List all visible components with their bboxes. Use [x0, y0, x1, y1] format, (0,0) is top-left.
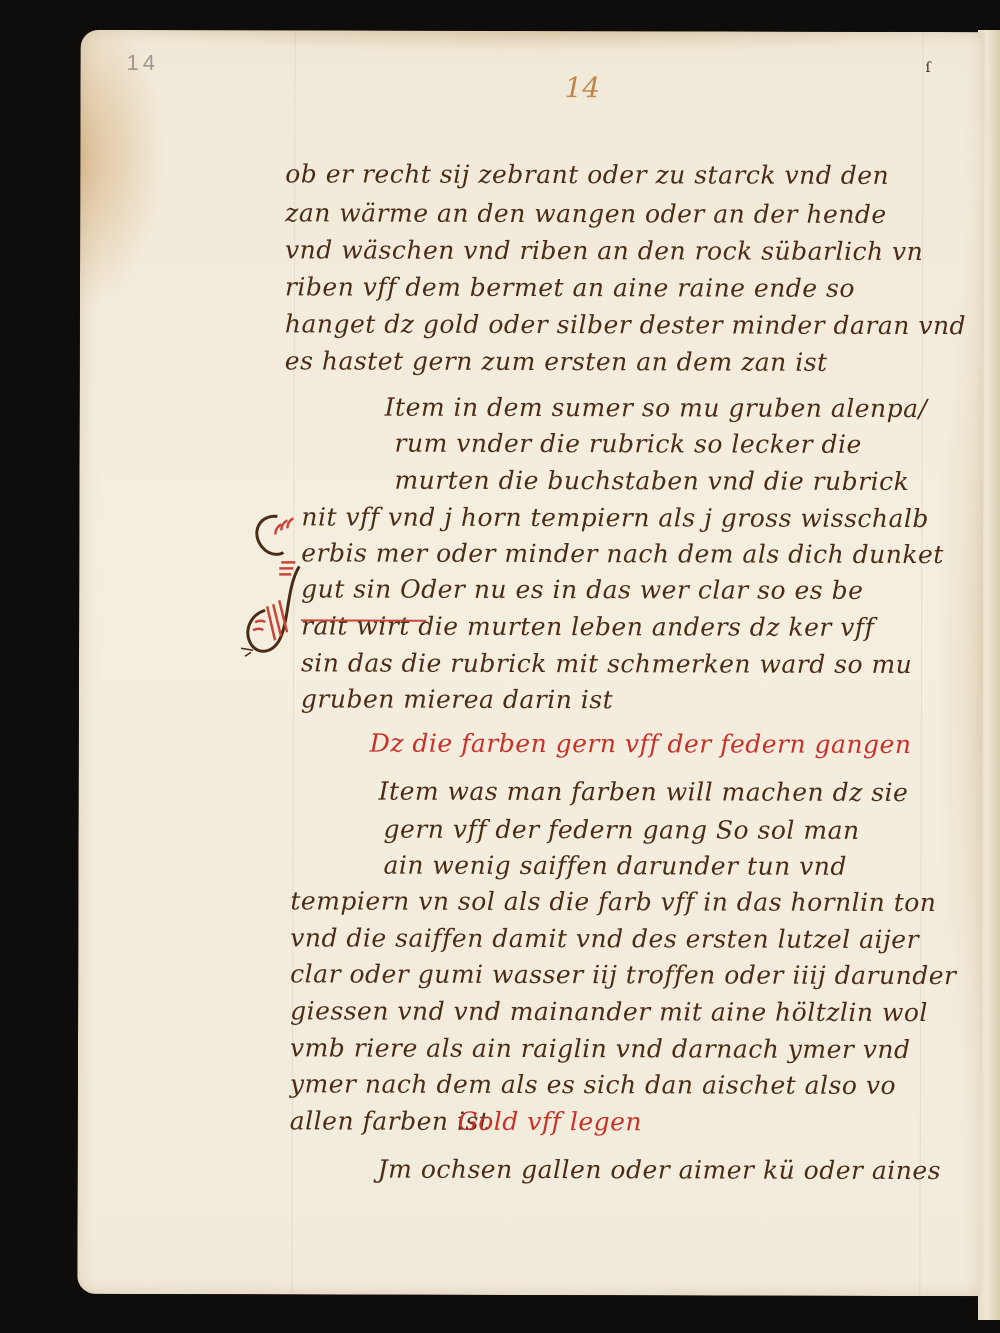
decorated-initial-icon — [237, 506, 309, 666]
text-line: rait wirt die murten leben anders dz ker… — [301, 613, 874, 640]
text-line: ymer nach dem als es sich dan aischet al… — [290, 1071, 896, 1098]
rubrication-underline — [301, 619, 426, 621]
rubric-heading: Dz die farben gern vff der federn gangen — [370, 731, 912, 757]
text-line: es hastet gern zum ersten an dem zan ist — [285, 348, 828, 374]
scan-background: 14 14 ſ ob er recht sij zebrant oder zu … — [0, 0, 1000, 1333]
text-line: ob er recht sij zebrant oder zu starck v… — [285, 161, 889, 188]
manuscript-page: 14 14 ſ ob er recht sij zebrant oder zu … — [77, 30, 984, 1296]
rubric-heading: Gold vff legen — [458, 1109, 642, 1134]
text-line: erbis mer oder minder nach dem als dich … — [301, 540, 944, 567]
text-line: nit vff vnd j horn tempiern als j gross … — [301, 504, 929, 531]
text-line: hanget dz gold oder silber dester minder… — [285, 311, 966, 338]
text-line: gut sin Oder nu es in das wer clar so es… — [301, 576, 863, 602]
text-line: giessen vnd vnd mainander mit aine höltz… — [290, 998, 928, 1025]
text-line: sin das die rubrick mit schmerken ward s… — [301, 650, 912, 677]
text-line: clar oder gumi wasser iij troffen oder i… — [290, 961, 956, 988]
text-line: gruben mierea darin ist — [301, 686, 613, 712]
text-line: vnd die saiffen damit vnd des ersten lut… — [290, 925, 919, 952]
text-line: Item in dem sumer so mu gruben alenpa/ — [385, 395, 928, 421]
text-line: vmb riere als ain raiglin vnd darnach ym… — [290, 1035, 911, 1062]
text-line: rum vnder die rubrick so lecker die — [395, 431, 862, 457]
text-line: Item was man farben will machen dz sie — [379, 779, 909, 805]
text-line: zan wärme an den wangen oder an der hend… — [285, 200, 887, 227]
text-line: murten die buchstaben vnd die rubrick — [394, 468, 909, 494]
manuscript-text: ob er recht sij zebrant oder zu starck v… — [77, 30, 984, 1296]
text-line: vnd wäschen vnd riben an den rock sübarl… — [285, 237, 923, 264]
text-line: riben vff dem bermet an aine raine ende … — [285, 274, 855, 300]
text-line: gern vff der federn gang So sol man — [384, 817, 860, 843]
text-line: tempiern vn sol als die farb vff in das … — [290, 888, 936, 915]
text-line: ain wenig saiffen darunder tun vnd — [383, 853, 847, 879]
text-line: Jm ochsen gallen oder aimer kü oder aine… — [378, 1157, 941, 1183]
